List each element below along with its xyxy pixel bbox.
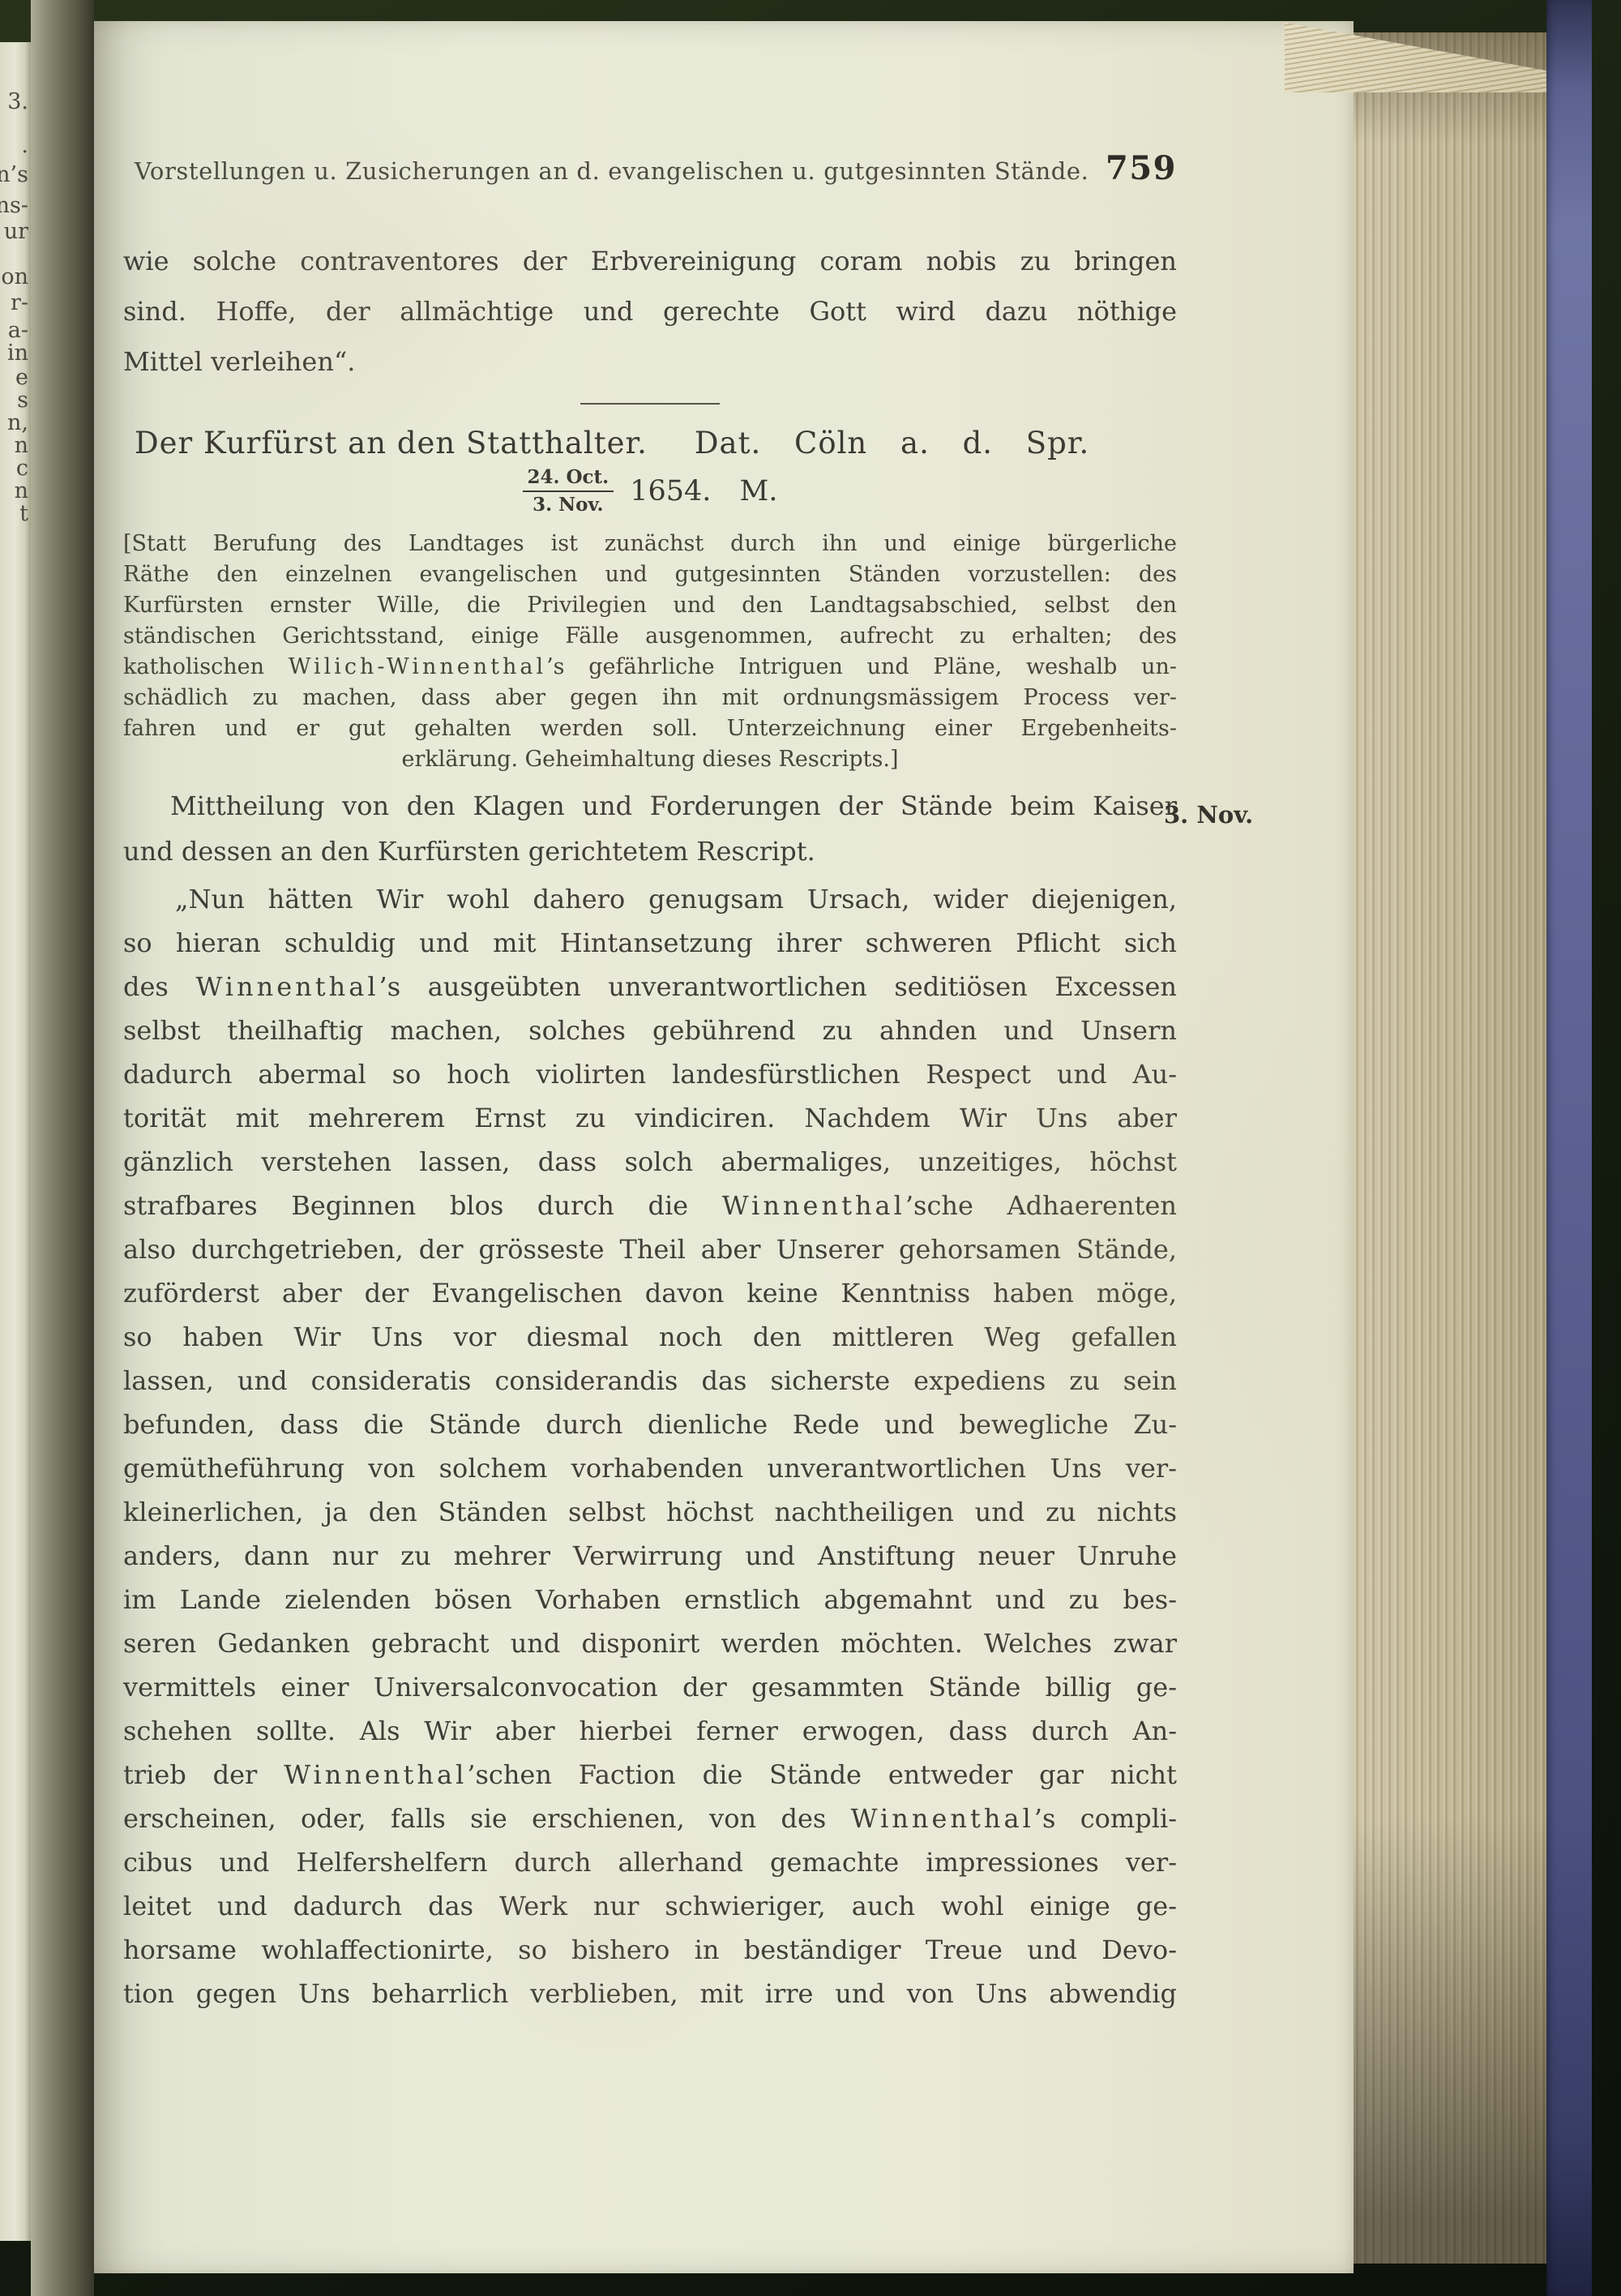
letter-body-paragraph: „Nun hätten Wir wohl dahero genugsam Urs… xyxy=(123,877,1177,2015)
date-year-sign: 1654. M. xyxy=(630,475,777,508)
facing-page-fragment: in xyxy=(7,341,28,366)
facing-page-fragment: t xyxy=(19,501,28,526)
date-new-style: 3. Nov. xyxy=(523,492,614,517)
page-number: 759 xyxy=(1106,149,1177,187)
text-line: also durchgetrieben, der grösseste Theil… xyxy=(123,1227,1177,1271)
text-line: im Lande zielenden bösen Vorhaben ernstl… xyxy=(123,1578,1177,1621)
facing-page-fragment: on xyxy=(1,264,28,289)
record-note-paragraph: Mittheilung von den Klagen und Forderung… xyxy=(123,783,1177,874)
text-line: vermittels einer Universalconvocation de… xyxy=(123,1665,1177,1709)
fore-edge-page-stack xyxy=(1354,32,1546,2264)
facing-page-fragment: 3. xyxy=(7,89,28,114)
book-scan-photo: 3. . n’s ns- ur on r- a- in e s n, n c n… xyxy=(0,0,1621,2296)
section-heading-place: Dat. Cöln a. d. Spr. xyxy=(695,426,1089,460)
facing-page-fragment: n’s xyxy=(0,162,28,187)
facing-page-fragment: . xyxy=(21,133,28,158)
text-line: Räthe den einzelnen evangelischen und gu… xyxy=(123,559,1177,590)
book-cover-edge xyxy=(1546,0,1592,2296)
text-line: und dessen an den Kurfürsten gerichtetem… xyxy=(123,829,1177,874)
text-line: so haben Wir Uns vor diesmal noch den mi… xyxy=(123,1315,1177,1359)
text-line: cibus und Helfershelfern durch allerhand… xyxy=(123,1840,1177,1884)
text-line: lassen, und consideratis considerandis d… xyxy=(123,1359,1177,1403)
text-line: sind. Hoffe, der allmächtige und gerecht… xyxy=(123,286,1177,336)
running-header: Vorstellungen u. Zusicherungen an d. eva… xyxy=(123,149,1177,187)
text-line: kleinerlichen, ja den Ständen selbst höc… xyxy=(123,1490,1177,1534)
text-line: strafbares Beginnen blos durch die Winne… xyxy=(123,1184,1177,1227)
text-line: erscheinen, oder, falls sie erschienen, … xyxy=(123,1797,1177,1840)
text-line: Mittheilung von den Klagen und Forderung… xyxy=(123,783,1177,829)
text-line: horsame wohlaffectionirte, so bishero in… xyxy=(123,1928,1177,1972)
text-line: des Winnenthal’s ausgeübten unverantwort… xyxy=(123,965,1177,1009)
text-line: gänzlich verstehen lassen, dass solch ab… xyxy=(123,1140,1177,1184)
text-line: seren Gedanken gebracht und disponirt we… xyxy=(123,1621,1177,1665)
facing-page-fragment: c xyxy=(16,456,28,481)
facing-page-fragment: n xyxy=(15,433,28,458)
facing-page-fragment: ur xyxy=(4,219,28,244)
text-line: fahren und er gut gehalten werden soll. … xyxy=(123,713,1177,744)
section-dateline: 24. Oct. 3. Nov. 1654. M. xyxy=(123,465,1177,517)
text-line: ständischen Gerichtsstand, einige Fälle … xyxy=(123,621,1177,652)
margin-date-note: 3. Nov. xyxy=(1164,801,1253,829)
text-line: selbst theilhaftig machen, solches gebüh… xyxy=(123,1009,1177,1052)
facing-page-fragment: e xyxy=(15,365,28,390)
facing-page-fragment: ns- xyxy=(0,193,28,218)
facing-page-edge: 3. . n’s ns- ur on r- a- in e s n, n c n… xyxy=(0,42,31,2241)
text-line: katholischen Wilich-Winnenthal’s gefährl… xyxy=(123,652,1177,683)
text-line: Mittel verleihen“. xyxy=(123,336,1177,387)
running-header-title: Vorstellungen u. Zusicherungen an d. eva… xyxy=(135,157,1089,185)
double-date-fraction: 24. Oct. 3. Nov. xyxy=(523,465,614,517)
facing-page-fragment: n xyxy=(15,478,28,503)
text-line: Kurfürsten ernster Wille, die Privilegie… xyxy=(123,590,1177,621)
text-line: trieb der Winnenthal’schen Faction die S… xyxy=(123,1753,1177,1797)
text-line: schädlich zu machen, dass aber gegen ihn… xyxy=(123,683,1177,713)
text-line: leitet und dadurch das Werk nur schwieri… xyxy=(123,1884,1177,1928)
text-line: befunden, dass die Stände durch dienlich… xyxy=(123,1403,1177,1446)
text-line: [Statt Berufung des Landtages ist zunäch… xyxy=(123,529,1177,559)
text-line: torität mit mehrerem Ernst zu vindiciren… xyxy=(123,1096,1177,1140)
text-line: dadurch abermal so hoch violirten landes… xyxy=(123,1052,1177,1096)
editorial-summary: [Statt Berufung des Landtages ist zunäch… xyxy=(123,529,1177,775)
intro-paragraph: wie solche contraventores der Erbvereini… xyxy=(123,236,1177,387)
text-line: so hieran schuldig und mit Hintansetzung… xyxy=(123,921,1177,965)
section-heading: Der Kurfürst an den Statthalter. Dat. Cö… xyxy=(123,426,1177,460)
section-heading-title: Der Kurfürst an den Statthalter. xyxy=(135,426,648,460)
page-text-column: Vorstellungen u. Zusicherungen an d. eva… xyxy=(123,149,1177,2015)
text-line: zuförderst aber der Evangelischen davon … xyxy=(123,1271,1177,1315)
book-page: Vorstellungen u. Zusicherungen an d. eva… xyxy=(94,21,1354,2273)
section-divider-rule xyxy=(580,403,720,405)
text-line: anders, dann nur zu mehrer Verwirrung un… xyxy=(123,1534,1177,1578)
text-line: wie solche contraventores der Erbvereini… xyxy=(123,236,1177,286)
text-line: tion gegen Uns beharrlich verblieben, mi… xyxy=(123,1972,1177,2015)
facing-page-fragment: n, xyxy=(7,410,28,435)
text-line: gemütheführung von solchem vorhabenden u… xyxy=(123,1446,1177,1490)
text-line: schehen sollte. Als Wir aber hierbei fer… xyxy=(123,1709,1177,1753)
text-line: „Nun hätten Wir wohl dahero genugsam Urs… xyxy=(123,877,1177,921)
facing-page-fragment: r- xyxy=(11,290,28,315)
text-line: erklärung. Geheimhaltung dieses Rescript… xyxy=(123,744,1177,775)
facing-page-fragment: a- xyxy=(8,318,28,343)
book-gutter-shadow xyxy=(31,0,94,2296)
facing-page-fragment: s xyxy=(17,388,28,413)
date-old-style: 24. Oct. xyxy=(523,465,614,492)
